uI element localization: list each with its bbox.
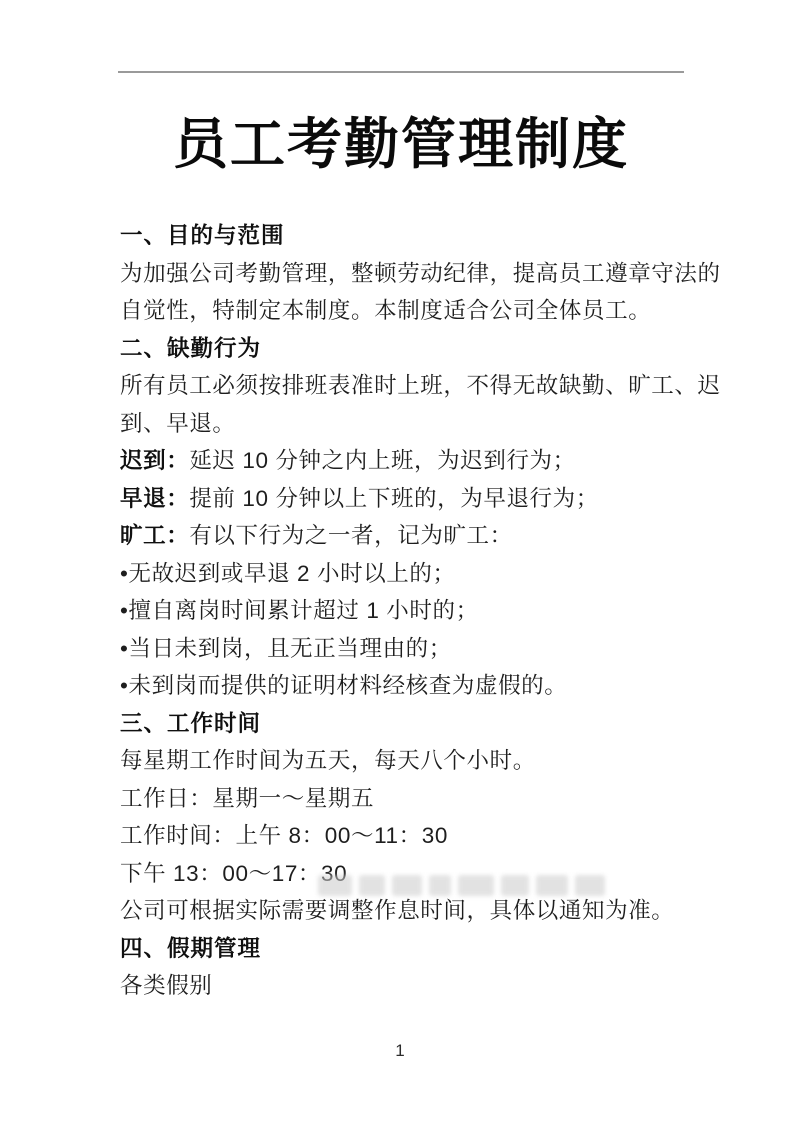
- definition-absenteeism-term: 旷工：: [120, 523, 189, 548]
- page-number: 1: [0, 1041, 800, 1061]
- definition-early-leave: 早退：提前 10 分钟以上下班的，为早退行为；: [120, 480, 686, 518]
- document-title: 员工考勤管理制度: [118, 100, 684, 179]
- definition-early-leave-text: 提前 10 分钟以上下班的，为早退行为；: [189, 486, 599, 511]
- section-heading-purpose-scope: 一、目的与范围: [120, 217, 686, 255]
- paragraph-line: 自觉性，特制定本制度。本制度适合公司全体员工。: [120, 292, 686, 330]
- definition-absenteeism: 旷工：有以下行为之一者，记为旷工：: [120, 517, 686, 555]
- paragraph-line: 公司可根据实际需要调整作息时间，具体以通知为准。: [120, 892, 686, 930]
- definition-late: 迟到：延迟 10 分钟之内上班，为迟到行为；: [120, 442, 686, 480]
- bullet-item: •擅自离岗时间累计超过 1 小时的；: [120, 592, 686, 630]
- paragraph-line: 所有员工必须按排班表准时上班，不得无故缺勤、旷工、迟: [120, 367, 686, 405]
- paragraph-line: 工作日：星期一～星期五: [120, 780, 686, 818]
- paragraph-line: 每星期工作时间为五天，每天八个小时。: [120, 742, 686, 780]
- bullet-item: •未到岗而提供的证明材料经核查为虚假的。: [120, 667, 686, 705]
- paragraph-line: 为加强公司考勤管理，整顿劳动纪律，提高员工遵章守法的: [120, 255, 686, 293]
- paragraph-line: 工作时间：上午 8：00～11：30: [120, 817, 686, 855]
- paragraph-line: 下午 13：00～17：30: [120, 855, 686, 893]
- header-rule: [118, 71, 684, 73]
- definition-absenteeism-text: 有以下行为之一者，记为旷工：: [189, 523, 512, 548]
- section-heading-leave-management: 四、假期管理: [120, 930, 686, 968]
- paragraph-line: 到、早退。: [120, 405, 686, 443]
- definition-late-term: 迟到：: [120, 448, 189, 473]
- document-page: 员工考勤管理制度 一、目的与范围 为加强公司考勤管理，整顿劳动纪律，提高员工遵章…: [0, 0, 800, 1131]
- section-heading-absence-behavior: 二、缺勤行为: [120, 330, 686, 368]
- definition-early-leave-term: 早退：: [120, 486, 189, 511]
- bullet-item: •无故迟到或早退 2 小时以上的；: [120, 555, 686, 593]
- bullet-item: •当日未到岗，且无正当理由的；: [120, 630, 686, 668]
- definition-late-text: 延迟 10 分钟之内上班，为迟到行为；: [189, 448, 575, 473]
- section-heading-working-hours: 三、工作时间: [120, 705, 686, 743]
- paragraph-line: 各类假别: [120, 967, 686, 1005]
- document-body: 一、目的与范围 为加强公司考勤管理，整顿劳动纪律，提高员工遵章守法的 自觉性，特…: [120, 217, 686, 1005]
